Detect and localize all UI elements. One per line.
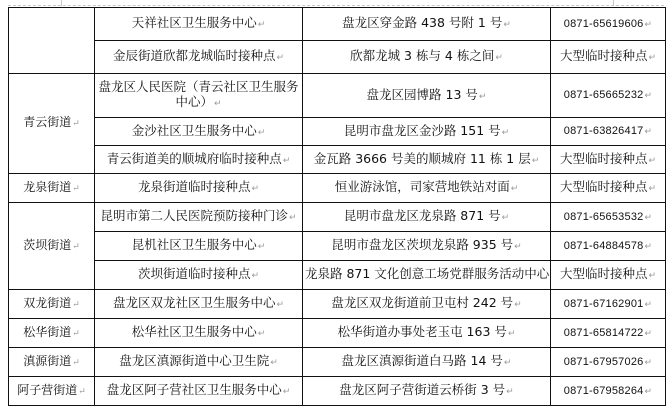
address-cell: 昆明市盘龙区金沙路 151 号↵ (303, 118, 551, 146)
table-row: 金沙社区卫生服务中心↵ 昆明市盘龙区金沙路 151 号↵ 0871-638264… (9, 118, 666, 146)
address-cell: 金瓦路 3666 号美的顺城府 11 栋 1 层↵ (303, 146, 551, 174)
table-row: 金辰街道欣都龙城临时接种点↵ 欣都龙城 3 栋与 4 栋之间↵ 大型临时接种点↵ (9, 41, 666, 74)
table-row: 龙泉街道↵ 龙泉街道临时接种点↵ 恒业游泳馆，司家营地铁站对面↵ 大型临时接种点… (9, 174, 666, 203)
street-cell: 滇源街道↵ (9, 348, 95, 377)
street-cell: 青云街道↵ (9, 74, 95, 174)
page-corner-mark-right (613, 0, 614, 6)
site-cell: 天祥社区卫生服务中心↵ (95, 8, 303, 41)
street-cell: 茨坝街道↵ (9, 203, 95, 290)
address-cell: 龙泉路 871 文化创意工场党群服务活动中心↵ (303, 261, 551, 290)
address-cell: 欣都龙城 3 栋与 4 栋之间↵ (303, 41, 551, 74)
site-cell: 金辰街道欣都龙城临时接种点↵ (95, 41, 303, 74)
table-row: 昆机社区卫生服务中心↵ 昆明市盘龙区茨坝龙泉路 935 号↵ 0871-6488… (9, 232, 666, 261)
street-cell: 双龙街道↵ (9, 290, 95, 319)
address-cell: 昆明市盘龙区龙泉路 871 号↵ (303, 203, 551, 232)
street-cell: 松华街道↵ (9, 319, 95, 348)
site-type-cell: 大型临时接种点↵ (551, 174, 666, 203)
address-cell: 昆明市盘龙区茨坝龙泉路 935 号↵ (303, 232, 551, 261)
address-cell: 盘龙区园博路 13 号↵ (303, 74, 551, 118)
site-cell: 盘龙区双龙社区卫生服务中心↵ (95, 290, 303, 319)
phone-cell: 0871-64884578↵ (551, 232, 666, 261)
site-cell: 昆机社区卫生服务中心↵ (95, 232, 303, 261)
site-cell: 松华社区卫生服务中心↵ (95, 319, 303, 348)
site-cell: 龙泉街道临时接种点↵ (95, 174, 303, 203)
table-row: 双龙街道↵ 盘龙区双龙社区卫生服务中心↵ 盘龙区双龙街道前卫屯村 242 号↵ … (9, 290, 666, 319)
street-cell (9, 8, 95, 74)
phone-cell: 0871-65653532↵ (551, 203, 666, 232)
address-cell: 盘龙区双龙街道前卫屯村 242 号↵ (303, 290, 551, 319)
table-row: 滇源街道↵ 盘龙区滇源街道中心卫生院↵ 盘龙区滇源街道白马路 14 号↵ 087… (9, 348, 666, 377)
phone-cell: 0871-65619606↵ (551, 8, 666, 41)
site-cell: 青云街道美的顺城府临时接种点↵ (95, 146, 303, 174)
table-row: 阿子营街道↵ 盘龙区阿子营社区卫生服务中心↵ 盘龙区阿子营街道云桥街 3 号↵ … (9, 377, 666, 406)
phone-cell: 0871-65814722↵ (551, 319, 666, 348)
address-cell: 盘龙区穿金路 438 号附 1 号↵ (303, 8, 551, 41)
address-cell: 恒业游泳馆，司家营地铁站对面↵ (303, 174, 551, 203)
site-cell: 盘龙区阿子营社区卫生服务中心↵ (95, 377, 303, 406)
site-type-cell: 大型临时接种点↵ (551, 41, 666, 74)
site-cell: 茨坝街道临时接种点↵ (95, 261, 303, 290)
vaccination-sites-table: 天祥社区卫生服务中心↵ 盘龙区穿金路 438 号附 1 号↵ 0871-6561… (8, 7, 666, 406)
phone-cell: 0871-63826417↵ (551, 118, 666, 146)
phone-cell: 0871-67958264↵ (551, 377, 666, 406)
table-row: 青云街道美的顺城府临时接种点↵ 金瓦路 3666 号美的顺城府 11 栋 1 层… (9, 146, 666, 174)
street-cell: 阿子营街道↵ (9, 377, 95, 406)
site-cell: 昆明市第二人民医院预防接种门诊↵ (95, 203, 303, 232)
street-cell: 龙泉街道↵ (9, 174, 95, 203)
phone-cell: 0871-67162901↵ (551, 290, 666, 319)
page-boundary-top (8, 5, 664, 6)
table-row: 松华街道↵ 松华社区卫生服务中心↵ 松华街道办事处老玉屯 163 号↵ 0871… (9, 319, 666, 348)
table-row: 天祥社区卫生服务中心↵ 盘龙区穿金路 438 号附 1 号↵ 0871-6561… (9, 8, 666, 41)
phone-cell: 0871-67957026↵ (551, 348, 666, 377)
address-cell: 松华街道办事处老玉屯 163 号↵ (303, 319, 551, 348)
site-cell: 盘龙区人民医院（青云社区卫生服务中心）↵ (95, 74, 303, 118)
table-row: 茨坝街道↵ 昆明市第二人民医院预防接种门诊↵ 昆明市盘龙区龙泉路 871 号↵ … (9, 203, 666, 232)
address-cell: 盘龙区阿子营街道云桥街 3 号↵ (303, 377, 551, 406)
page-corner-mark-left (61, 0, 62, 6)
address-cell: 盘龙区滇源街道白马路 14 号↵ (303, 348, 551, 377)
phone-cell: 0871-65665232↵ (551, 74, 666, 118)
site-type-cell: 大型临时接种点↵ (551, 146, 666, 174)
site-type-cell: 大型临时接种点↵ (551, 261, 666, 290)
table-row: 茨坝街道临时接种点↵ 龙泉路 871 文化创意工场党群服务活动中心↵ 大型临时接… (9, 261, 666, 290)
table-row: 青云街道↵ 盘龙区人民医院（青云社区卫生服务中心）↵ 盘龙区园博路 13 号↵ … (9, 74, 666, 118)
site-cell: 金沙社区卫生服务中心↵ (95, 118, 303, 146)
site-cell: 盘龙区滇源街道中心卫生院↵ (95, 348, 303, 377)
